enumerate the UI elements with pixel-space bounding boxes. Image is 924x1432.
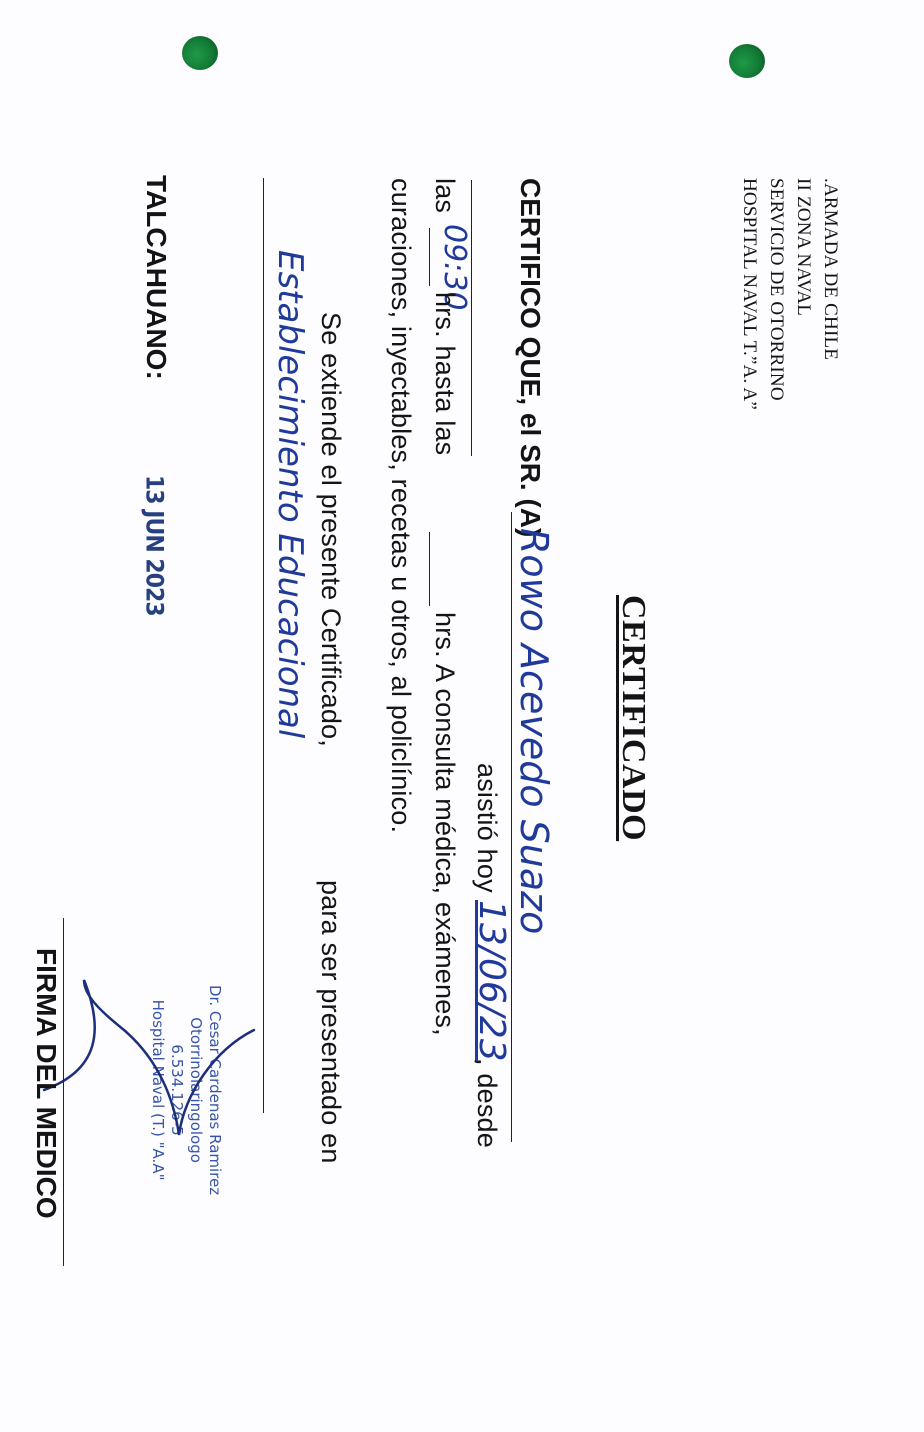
document-title: CERTIFICADO <box>614 595 652 841</box>
city-label: TALCAHUANO: <box>140 175 172 380</box>
header-line: II ZONA NAVAL <box>790 178 817 410</box>
institution-header: .ARMADA DE CHILE II ZONA NAVAL SERVICIO … <box>736 178 844 410</box>
until-label: hrs. hasta las <box>429 292 460 455</box>
date-stamp: 13 JUN 2023 <box>140 475 168 616</box>
certificate-page: .ARMADA DE CHILE II ZONA NAVAL SERVICIO … <box>0 0 924 1432</box>
services-label: hrs. A consulta médica, exámenes, <box>429 612 460 1036</box>
time-from-line <box>429 228 430 286</box>
punch-hole-icon <box>182 36 218 70</box>
attendance-date: 13/06/23 <box>471 900 512 1062</box>
from-label: las <box>429 178 460 213</box>
header-line: .ARMADA DE CHILE <box>817 178 844 410</box>
presented-to: Establecimiento Educacional <box>270 250 310 738</box>
extend-label: Se extiende el presente Certificado, <box>315 312 346 747</box>
time-to-line <box>429 532 430 606</box>
patient-name: Rowo Acevedo Suazo <box>512 528 556 934</box>
header-line: SERVICIO DE OTORRINO <box>763 178 790 410</box>
punch-hole-icon <box>729 44 765 78</box>
signature-label: FIRMA DEL MEDICO <box>30 948 62 1219</box>
certify-label: CERTIFICO QUE, el SR. (A) <box>514 178 546 537</box>
blank-line <box>471 180 472 456</box>
header-line: HOSPITAL NAVAL T.”A. A” <box>736 178 763 410</box>
services-list: curaciones, inyectables, recetas u otros… <box>385 178 416 833</box>
attended-label: asistió hoy <box>471 763 502 893</box>
since-label: , desde <box>471 1058 502 1148</box>
signature-line <box>63 918 64 1266</box>
presented-label: para ser presentado en <box>315 880 346 1164</box>
